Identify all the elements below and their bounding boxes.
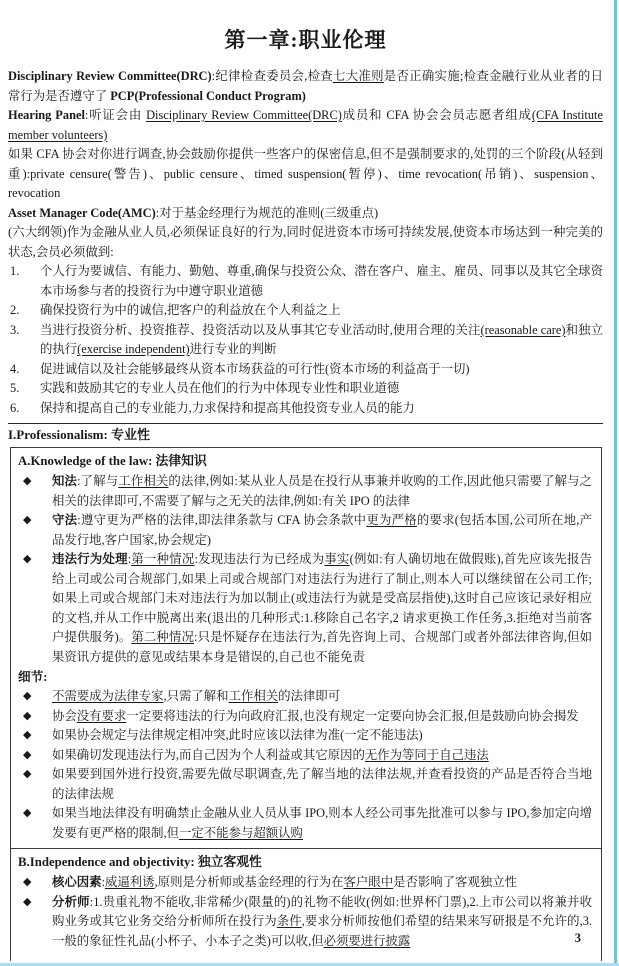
list-number: 4. (8, 360, 40, 380)
bullet-text: 如果要到国外进行投资,需要先做尽职调查,先了解当地的法律法规,并查看投资的产品是… (52, 765, 592, 804)
section-box-knowledge-of-law: A.Knowledge of the law: 法律知识 ◆ 知法:了解与工作相… (10, 447, 602, 849)
list-text: 实践和鼓励其它的专业人员在他们的行为中体现专业性和职业道德 (40, 379, 603, 399)
list-item-3: 3. 当进行投资分析、投资推荐、投资活动以及从事其它专业活动时,使用合理的关注(… (8, 321, 603, 360)
diamond-bullet-icon: ◆ (18, 472, 52, 511)
detail-item-4: ◆ 如果确切发现违法行为,而自己因为个人利益或其它原因的无作为等同于自己违法 (18, 746, 592, 766)
bullet-text: 如果当地法律没有明确禁止金融从业人员从事 IPO,则本人经公司事先批准可以参与 … (52, 804, 592, 843)
list-item-6: 6. 保持和提高自己的专业能力,力求保持和提高其他投资专业人员的能力 (8, 399, 603, 419)
paragraph-drc: Disciplinary Review Committee(DRC):纪律检查委… (8, 67, 603, 106)
bullet-item-analyst: ◆ 分析师:1.贵重礼物不能收,非常稀少(限量的)的礼物不能收(例如:世界杯门票… (18, 893, 592, 952)
list-text: 当进行投资分析、投资推荐、投资活动以及从事其它专业活动时,使用合理的关注(rea… (40, 321, 603, 360)
list-item-4: 4. 促进诚信以及社会能够最终从资本市场获益的可行性(资本市场的利益高于一切) (8, 360, 603, 380)
box-b-heading: B.Independence and objectivity: 独立客观性 (18, 852, 592, 873)
paragraph-investigation: 如果 CFA 协会对你进行调查,协会鼓励你提供一些客户的保密信息,但不是强制要求… (8, 145, 603, 204)
bullet-item-violation-handling: ◆ 违法行为处理:第一种情况:发现违法行为已经成为事实(例如:有人确切地在做假账… (18, 550, 592, 667)
details-label: 细节: (18, 667, 592, 687)
list-number: 3. (8, 321, 40, 360)
bullet-text: 分析师:1.贵重礼物不能收,非常稀少(限量的)的礼物不能收(例如:世界杯门票),… (52, 893, 592, 952)
page-number: 3 (575, 931, 581, 946)
paragraph-six-principles: (六大纲领)作为金融从业人员,必须保证良好的行为,同时促进资本市场可持续发展,使… (8, 223, 603, 262)
diamond-bullet-icon: ◆ (18, 707, 52, 727)
detail-item-6: ◆ 如果当地法律没有明确禁止金融从业人员从事 IPO,则本人经公司事先批准可以参… (18, 804, 592, 843)
paragraph-amc: Asset Manager Code(AMC):对于基金经理行为规范的准则(三级… (8, 204, 603, 224)
bullet-item-obey-law: ◆ 守法:遵守更为严格的法律,即法律条款与 CFA 协会条款中更为严格的要求(包… (18, 511, 592, 550)
list-number: 6. (8, 399, 40, 419)
diamond-bullet-icon: ◆ (18, 873, 52, 893)
diamond-bullet-icon: ◆ (18, 511, 52, 550)
list-number: 2. (8, 301, 40, 321)
list-item-2: 2. 确保投资行为中的诚信,把客户的利益放在个人利益之上 (8, 301, 603, 321)
detail-item-3: ◆ 如果协会规定与法律规定相冲突,此时应该以法律为准(一定不能违法) (18, 726, 592, 746)
diamond-bullet-icon: ◆ (18, 765, 52, 804)
list-text: 促进诚信以及社会能够最终从资本市场获益的可行性(资本市场的利益高于一切) (40, 360, 603, 380)
detail-item-1: ◆ 不需要成为法律专家,只需了解和工作相关的法律即可 (18, 687, 592, 707)
list-text: 确保投资行为中的诚信,把客户的利益放在个人利益之上 (40, 301, 603, 321)
diamond-bullet-icon: ◆ (18, 687, 52, 707)
bullet-text: 违法行为处理:第一种情况:发现违法行为已经成为事实(例如:有人确切地在做假账),… (52, 550, 592, 667)
bullet-text: 不需要成为法律专家,只需了解和工作相关的法律即可 (52, 687, 592, 707)
bullet-text: 协会没有要求一定要将违法的行为向政府汇报,也没有规定一定要向协会汇报,但是鼓励向… (52, 707, 592, 727)
diamond-bullet-icon: ◆ (18, 726, 52, 746)
list-item-5: 5. 实践和鼓励其它的专业人员在他们的行为中体现专业性和职业道德 (8, 379, 603, 399)
list-number: 5. (8, 379, 40, 399)
section-box-independence-objectivity: B.Independence and objectivity: 独立客观性 ◆ … (10, 849, 602, 961)
paragraph-hearing-panel: Hearing Panel:听证会由 Disciplinary Review C… (8, 106, 603, 145)
bullet-text: 如果确切发现违法行为,而自己因为个人利益或其它原因的无作为等同于自己违法 (52, 746, 592, 766)
box-a-heading: A.Knowledge of the law: 法律知识 (18, 451, 592, 472)
document-page: 第一章:职业伦理 Disciplinary Review Committee(D… (0, 0, 619, 961)
detail-item-5: ◆ 如果要到国外进行投资,需要先做尽职调查,先了解当地的法律法规,并查看投资的产… (18, 765, 592, 804)
bullet-text: 守法:遵守更为严格的法律,即法律条款与 CFA 协会条款中更为严格的要求(包括本… (52, 511, 592, 550)
diamond-bullet-icon: ◆ (18, 550, 52, 667)
list-text: 个人行为要诚信、有能力、勤勉、尊重,确保与投资公众、潜在客户、雇主、雇员、同事以… (40, 262, 603, 301)
list-number: 1. (8, 262, 40, 301)
detail-item-2: ◆ 协会没有要求一定要将违法的行为向政府汇报,也没有规定一定要向协会汇报,但是鼓… (18, 707, 592, 727)
bullet-text: 知法:了解与工作相关的法律,例如:某从业人员是在投行从事兼并收购的工作,因此他只… (52, 472, 592, 511)
scan-edge-right (614, 0, 617, 966)
bullet-text: 核心因素:威逼利诱,原则是分析师或基金经理的行为在客户眼中是否影响了客观独立性 (52, 873, 592, 893)
bullet-item-know-law: ◆ 知法:了解与工作相关的法律,例如:某从业人员是在投行从事兼并收购的工作,因此… (18, 472, 592, 511)
list-item-1: 1. 个人行为要诚信、有能力、勤勉、尊重,确保与投资公众、潜在客户、雇主、雇员、… (8, 262, 603, 301)
bullet-item-core-factor: ◆ 核心因素:威逼利诱,原则是分析师或基金经理的行为在客户眼中是否影响了客观独立… (18, 873, 592, 893)
diamond-bullet-icon: ◆ (18, 804, 52, 843)
bullet-text: 如果协会规定与法律规定相冲突,此时应该以法律为准(一定不能违法) (52, 726, 592, 746)
diamond-bullet-icon: ◆ (18, 746, 52, 766)
section-heading-professionalism: I.Professionalism: 专业性 (8, 423, 603, 447)
diamond-bullet-icon: ◆ (18, 893, 52, 952)
list-text: 保持和提高自己的专业能力,力求保持和提高其他投资专业人员的能力 (40, 399, 603, 419)
page-title: 第一章:职业伦理 (8, 24, 603, 54)
